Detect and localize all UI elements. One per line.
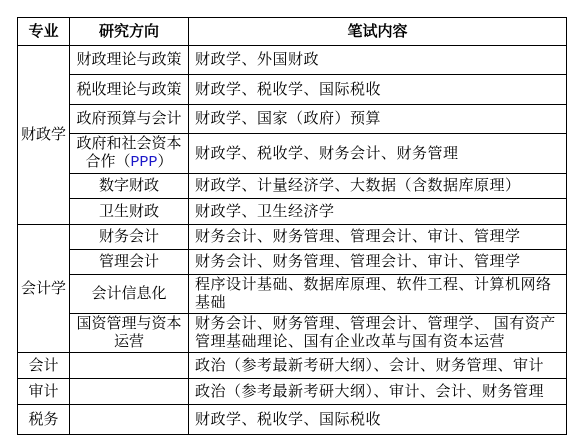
exam-cell: 财政学、外国财政 (189, 46, 567, 75)
exam-cell: 程序设计基础、数据库原理、软件工程、计算机网络基础 (189, 275, 567, 314)
exam-cell: 财政学、税收学、财务会计、财务管理 (189, 134, 567, 174)
exam-cell: 财政学、税收学、国际税收 (189, 405, 567, 435)
direction-cell-empty (70, 379, 189, 405)
exam-cell: 财务会计、财务管理、管理会计、审计、管理学 (189, 250, 567, 275)
table-header-row: 专业 研究方向 笔试内容 (18, 18, 567, 46)
direction-cell: 财务会计 (70, 225, 189, 250)
exam-cell: 财务会计、财务管理、管理会计、管理学、 国有资产管理基础理论、国有企业改革与国有… (189, 314, 567, 353)
table-row: 会计信息化 程序设计基础、数据库原理、软件工程、计算机网络基础 (18, 275, 567, 314)
exam-cell: 政治（参考最新考研大纲）、审计、会计、财务管理 (189, 379, 567, 405)
table-row: 会计学 财务会计 财务会计、财务管理、管理会计、审计、管理学 (18, 225, 567, 250)
exam-cell: 财务会计、财务管理、管理会计、审计、管理学 (189, 225, 567, 250)
table-row: 政府和社会资本合作（PPP） 财政学、税收学、财务会计、财务管理 (18, 134, 567, 174)
exam-content-table: 专业 研究方向 笔试内容 财政学 财政理论与政策 财政学、外国财政 税收理论与政… (17, 17, 567, 435)
direction-cell: 财政理论与政策 (70, 46, 189, 75)
direction-cell: 税收理论与政策 (70, 75, 189, 105)
exam-cell: 财政学、国家（政府）预算 (189, 105, 567, 134)
table-row: 政府预算与会计 财政学、国家（政府）预算 (18, 105, 567, 134)
direction-cell-ppp: 政府和社会资本合作（PPP） (70, 134, 189, 174)
direction-cell: 数字财政 (70, 174, 189, 199)
table-row: 数字财政 财政学、计量经济学、大数据（含数据库原理） (18, 174, 567, 199)
direction-cell: 卫生财政 (70, 199, 189, 225)
major-cell-kuaiji: 会计 (18, 353, 70, 379)
direction-cell: 管理会计 (70, 250, 189, 275)
major-cell-caizhengxue: 财政学 (18, 46, 70, 225)
table-row: 卫生财政 财政学、卫生经济学 (18, 199, 567, 225)
exam-cell: 财政学、税收学、国际税收 (189, 75, 567, 105)
direction-cell: 国资管理与资本运营 (70, 314, 189, 353)
direction-cell-empty (70, 353, 189, 379)
table-row: 国资管理与资本运营 财务会计、财务管理、管理会计、管理学、 国有资产管理基础理论… (18, 314, 567, 353)
header-research-direction: 研究方向 (70, 18, 189, 46)
table-row: 会计 政治（参考最新考研大纲）、会计、财务管理、审计 (18, 353, 567, 379)
major-cell-shuiwu: 税务 (18, 405, 70, 435)
exam-cell: 财政学、计量经济学、大数据（含数据库原理） (189, 174, 567, 199)
table-row: 税收理论与政策 财政学、税收学、国际税收 (18, 75, 567, 105)
exam-cell: 财政学、卫生经济学 (189, 199, 567, 225)
major-cell-kuaijixue: 会计学 (18, 225, 70, 353)
table-row: 财政学 财政理论与政策 财政学、外国财政 (18, 46, 567, 75)
table-row: 审计 政治（参考最新考研大纲）、审计、会计、财务管理 (18, 379, 567, 405)
direction-cell: 会计信息化 (70, 275, 189, 314)
direction-cell: 政府预算与会计 (70, 105, 189, 134)
header-exam-content: 笔试内容 (189, 18, 567, 46)
major-cell-shenji: 审计 (18, 379, 70, 405)
direction-cell-empty (70, 405, 189, 435)
table-row: 税务 财政学、税收学、国际税收 (18, 405, 567, 435)
table-row: 管理会计 财务会计、财务管理、管理会计、审计、管理学 (18, 250, 567, 275)
ppp-text: PPP (130, 154, 157, 171)
header-major: 专业 (18, 18, 70, 46)
exam-cell: 政治（参考最新考研大纲）、会计、财务管理、审计 (189, 353, 567, 379)
direction-text-close: ） (158, 154, 173, 170)
exam-table-container: 专业 研究方向 笔试内容 财政学 财政理论与政策 财政学、外国财政 税收理论与政… (17, 17, 567, 435)
